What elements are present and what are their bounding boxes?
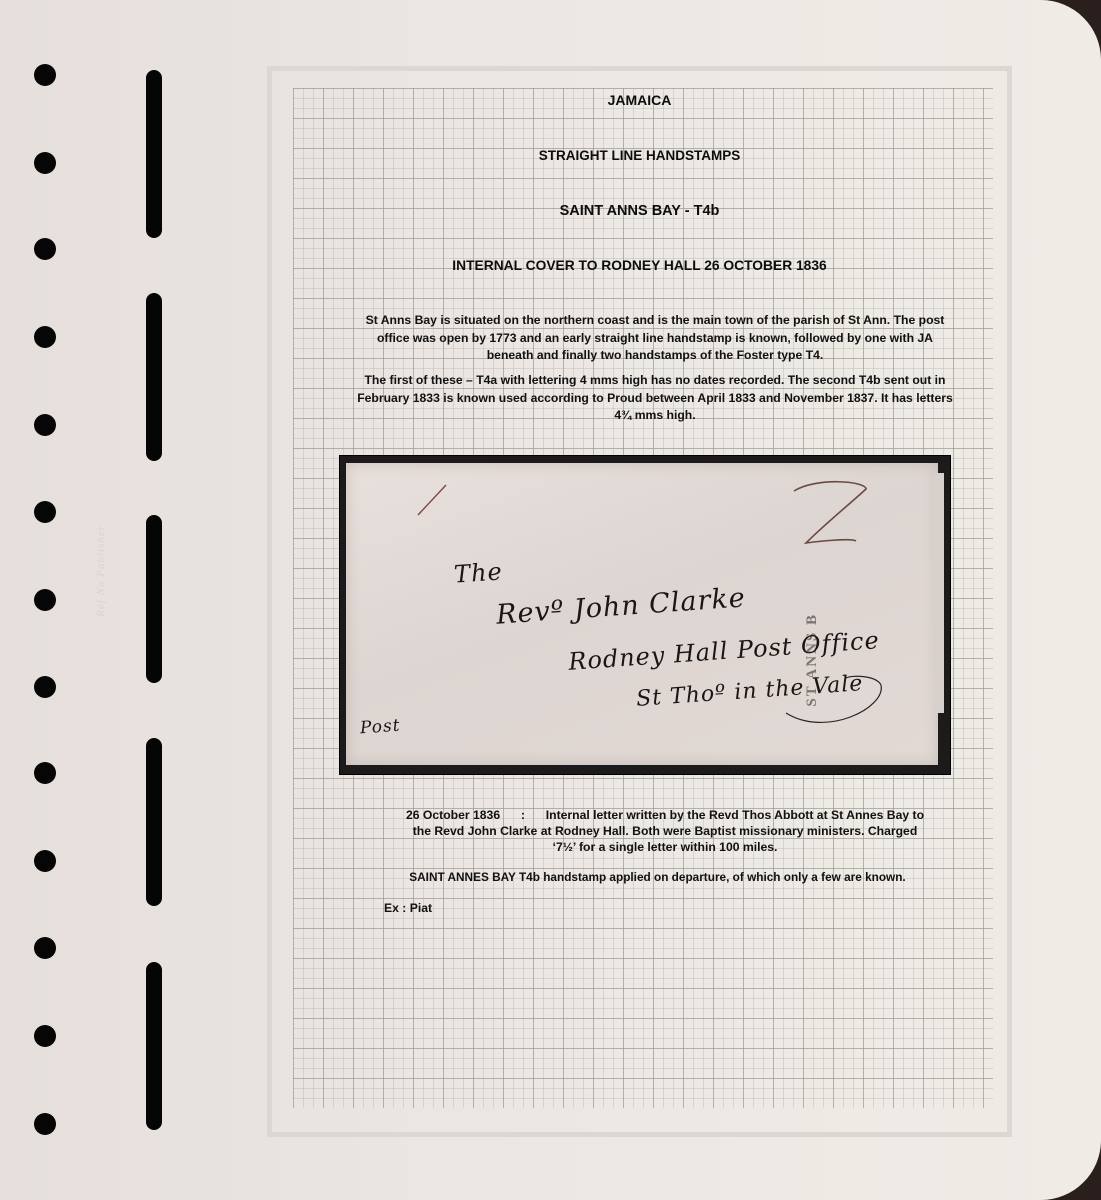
binder-hole-round bbox=[34, 152, 56, 174]
page-watermark: Ref No Publisher bbox=[95, 525, 107, 617]
description-separator: : bbox=[521, 808, 525, 822]
description-text-1: Internal letter written by the Revd Thos… bbox=[546, 808, 924, 822]
section-title: STRAIGHT LINE HANDSTAMPS bbox=[89, 148, 1101, 163]
intro-p2-line-3: 4¾ mms high. bbox=[330, 407, 980, 425]
intro-p1-line-2: office was open by 1773 and an early str… bbox=[330, 330, 980, 348]
binder-hole-slot bbox=[146, 738, 162, 906]
item-title: INTERNAL COVER TO RODNEY HALL 26 OCTOBER… bbox=[89, 258, 1101, 273]
description-line-3: ‘7½’ for a single letter within 100 mile… bbox=[385, 839, 945, 855]
binder-hole-round bbox=[34, 589, 56, 611]
description-block: 26 October 1836 : Internal letter writte… bbox=[385, 807, 945, 855]
description-line-1: 26 October 1836 : Internal letter writte… bbox=[385, 807, 945, 823]
binder-hole-round bbox=[34, 414, 56, 436]
saint-anns-bay-handstamp: ST ANNS B bbox=[804, 613, 821, 707]
provenance: Ex : Piat bbox=[384, 900, 432, 916]
binder-hole-round bbox=[34, 238, 56, 260]
binder-hole-round bbox=[34, 326, 56, 348]
handstamp-note: SAINT ANNES BAY T4b handstamp applied on… bbox=[385, 869, 930, 885]
subject-title: SAINT ANNS BAY - T4b bbox=[89, 203, 1101, 219]
binder-hole-round bbox=[34, 937, 56, 959]
binder-hole-round bbox=[34, 850, 56, 872]
binder-hole-round bbox=[34, 501, 56, 523]
page-title-country: JAMAICA bbox=[89, 92, 1101, 108]
intro-p2-line-2: February 1833 is known used according to… bbox=[330, 390, 980, 408]
intro-p1-line-3: beneath and finally two handstamps of th… bbox=[330, 347, 980, 365]
binder-hole-slot bbox=[146, 293, 162, 461]
binder-hole-slot bbox=[146, 962, 162, 1130]
binder-hole-round bbox=[34, 1113, 56, 1135]
binder-hole-slot bbox=[146, 515, 162, 683]
address-line-1: The bbox=[453, 557, 504, 588]
intro-p1-line-1: St Anns Bay is situated on the northern … bbox=[330, 312, 980, 330]
binder-hole-round bbox=[34, 676, 56, 698]
album-page: Ref No Publisher JAMAICA STRAIGHT LINE H… bbox=[0, 0, 1101, 1200]
postal-cover: The Revº John Clarke Rodney Hall Post Of… bbox=[346, 463, 938, 765]
intro-paragraph-2: The first of these – T4a with lettering … bbox=[330, 372, 980, 425]
intro-p2-line-1: The first of these – T4a with lettering … bbox=[330, 372, 980, 390]
intro-paragraph-1: St Anns Bay is situated on the northern … bbox=[330, 312, 980, 365]
post-annotation: Post bbox=[359, 716, 401, 739]
description-line-2: the Revd John Clarke at Rodney Hall. Bot… bbox=[385, 823, 945, 839]
binder-hole-round bbox=[34, 762, 56, 784]
binder-hole-round bbox=[34, 1025, 56, 1047]
description-date: 26 October 1836 bbox=[406, 808, 500, 822]
binder-hole-round bbox=[34, 64, 56, 86]
